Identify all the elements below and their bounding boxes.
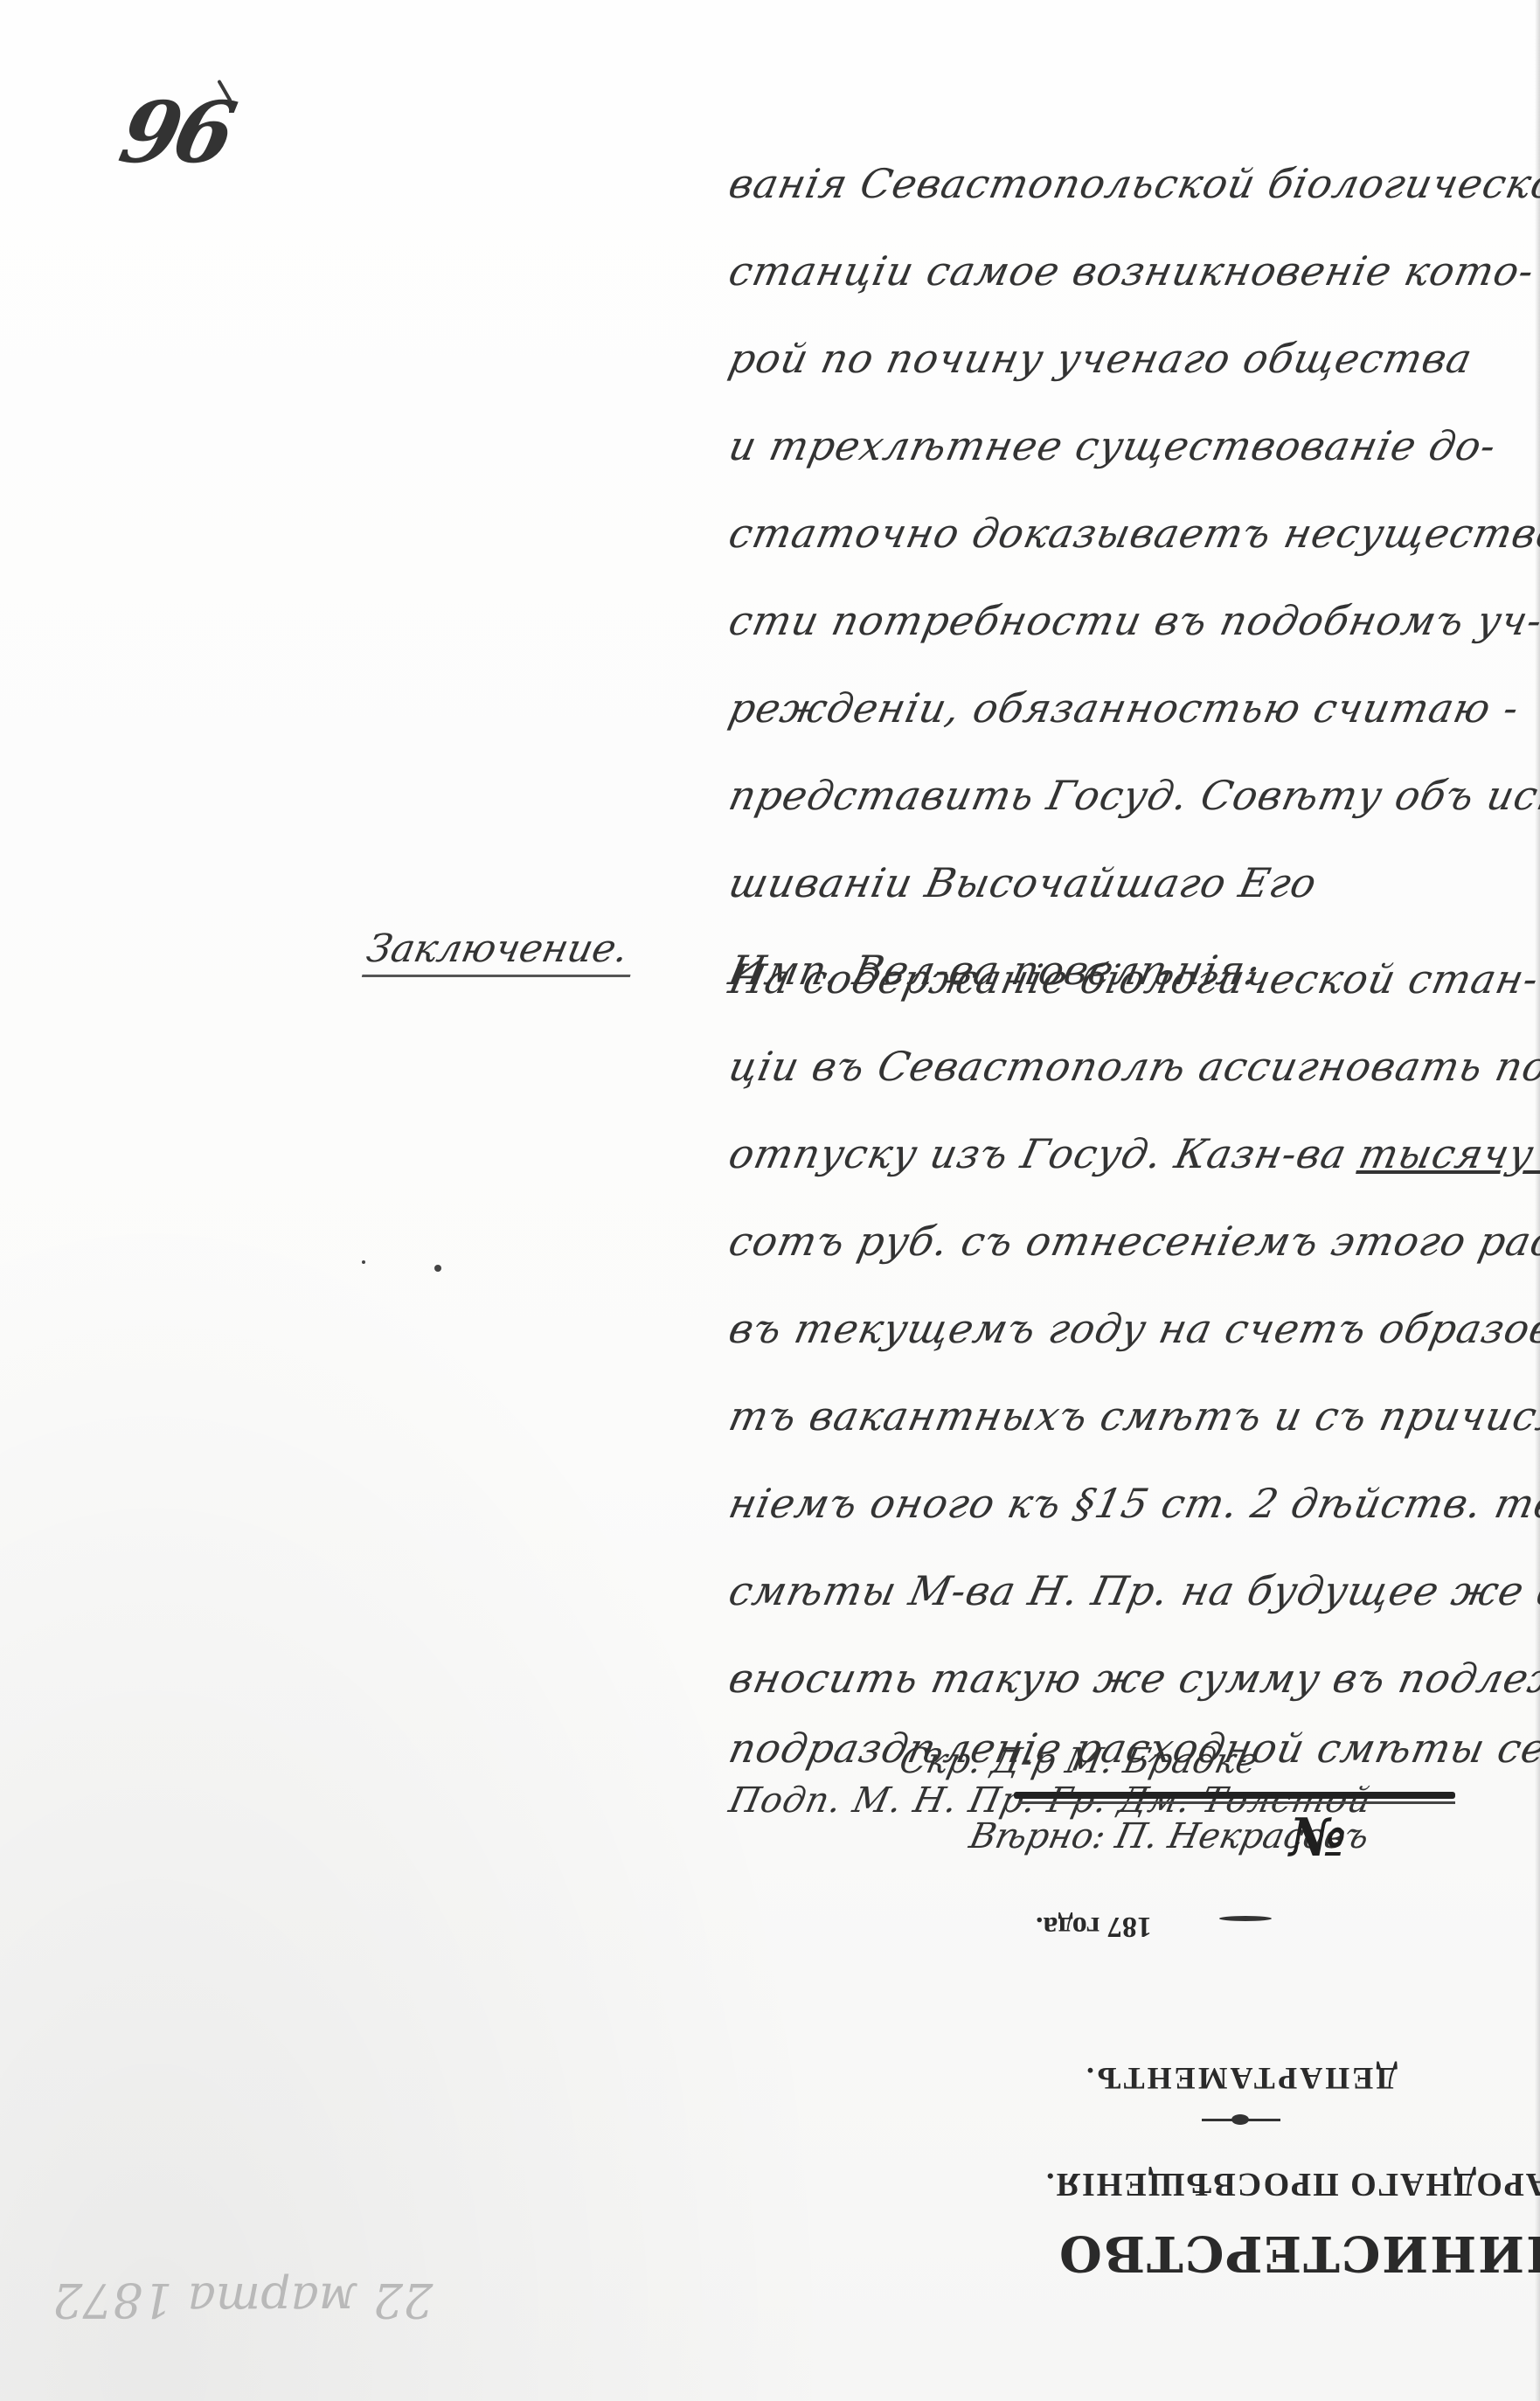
body-line: и трехлѣтнее существованіе до- [720, 402, 1508, 489]
conclusion-line: смѣты М-ва Н. Пр. на будущее же время [720, 1547, 1508, 1634]
ink-speck [434, 1265, 441, 1272]
page-edge [1535, 0, 1540, 2401]
conclusion-line: ніемъ оного къ §15 ст. 2 дѣйств. текущей [720, 1460, 1508, 1547]
signature-clerk: Скр. Д-р М. Брадке [896, 1741, 1261, 1781]
conclusion-line: ціи въ Севастополѣ ассигновать по [720, 1023, 1508, 1110]
letterhead-department: ДЕПАРТАМЕНТЪ. [1084, 2060, 1398, 2097]
conclusion-line: вносить такую же сумму въ подлежащее [720, 1634, 1508, 1722]
body-line: режденіи, обязанностью считаю - [720, 664, 1508, 752]
conclusion-line: сотъ руб. съ отнесеніемъ этого расхода [720, 1197, 1508, 1285]
ornament-divider [1202, 2119, 1280, 2121]
conclusion-line: въ текущемъ году на счетъ образовъ о- [720, 1285, 1508, 1372]
letterhead-year: 187 года. [1036, 1910, 1152, 1943]
conclusion-line: тъ вакантныхъ смѣтъ и съ причисле- [720, 1372, 1508, 1460]
conclusion-text: На содержаніе біологической стан- ціи въ… [730, 935, 1499, 1827]
letterhead-rule [1014, 1792, 1455, 1799]
body-text: ванія Севастопольской біологической стан… [730, 140, 1499, 1014]
body-line: представить Госуд. Совѣту объ испра- [720, 752, 1508, 839]
underlined-amount: тысячу пять [1355, 1130, 1540, 1177]
body-line: сти потребности въ подобномъ уч- [720, 577, 1508, 664]
margin-heading-conclusion: Заключение. [362, 926, 642, 977]
number-sign: № [1289, 1808, 1346, 1869]
letterhead-ministry-title: МИНИСТЕРСТВО [1058, 2224, 1540, 2282]
body-line: ванія Севастопольской біологической [720, 140, 1508, 227]
conclusion-line: отпуску изъ Госуд. Казн-ва тысячу пять [720, 1110, 1508, 1197]
page-number: 96 [112, 83, 239, 182]
letterhead-rule-thin [1018, 1801, 1455, 1804]
letterhead-ministry-subtitle: НАРОДНАГО ПРОСВѢЩЕНІЯ. [1044, 2165, 1540, 2203]
conclusion-line: На содержаніе біологической стан- [720, 935, 1508, 1023]
body-line: рой по почину ученаго общества [720, 315, 1508, 402]
pencil-date-note: 22 марта 1872 [52, 2273, 433, 2328]
body-line: шиваніи Высочайшаго Его [720, 839, 1508, 926]
dash-ornament [1219, 1916, 1272, 1921]
document-page: 96 ванія Севастопольской біологической с… [0, 0, 1540, 2401]
body-line: станціи самое возникновеніе кото- [720, 227, 1508, 315]
ink-speck [362, 1260, 365, 1264]
body-line: статочно доказываетъ несущественно- [720, 489, 1508, 577]
